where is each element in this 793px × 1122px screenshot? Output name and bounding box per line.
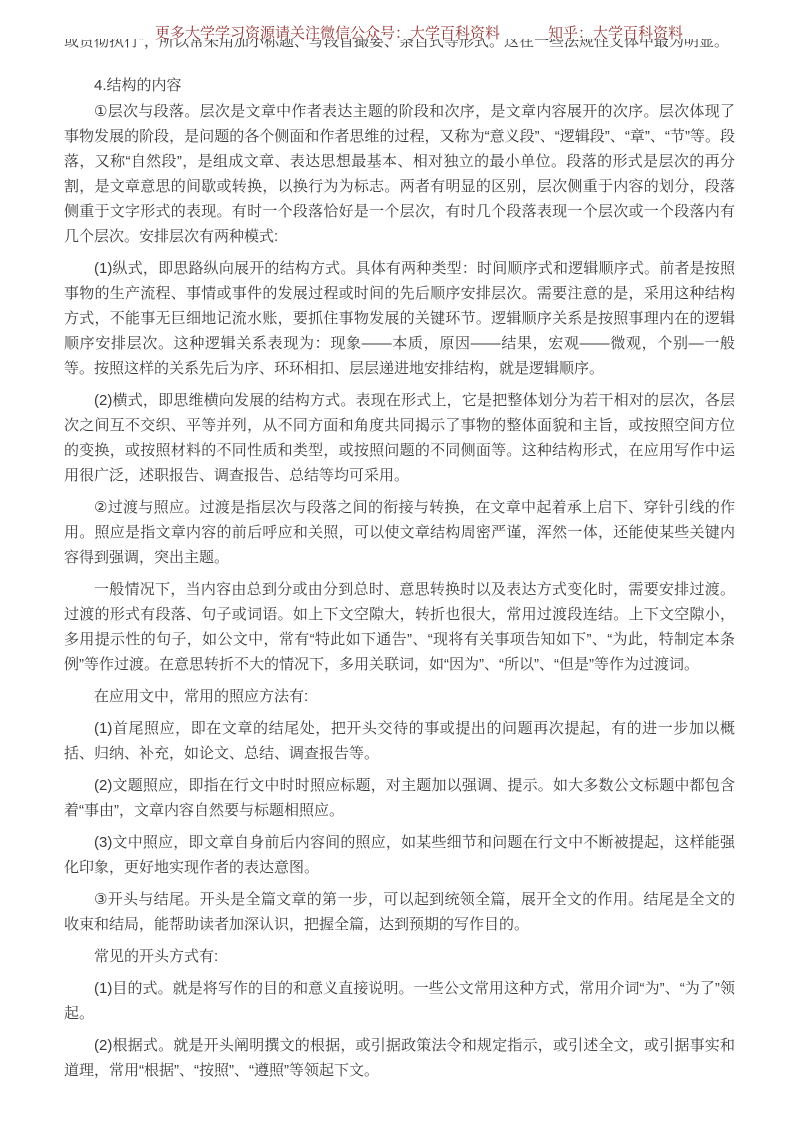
paragraph: (3)文中照应，即文章自身前后内容间的照应，如某些细节和问题在行文中不断被提起，… [64,830,735,880]
paragraph: (1)纵式，即思路纵向展开的结构方式。具体有两种类型：时间顺序式和逻辑顺序式。前… [64,256,735,381]
document-page: 更多大学学习资源请关注微信公众号：大学百科资料知乎：大学百科资料 或贯彻执行”，… [0,0,793,1122]
paragraph: (2)根据式。就是开头阐明撰文的根据，或引据政策法令和规定指示，或引述全文，或引… [64,1033,735,1083]
clipped-text-content: 或贯彻执行”，所以常采用加小标题、写段首撮要、条目式等形式。这在一些法规性文体中… [64,39,735,52]
section-heading: 4.结构的内容 [64,76,735,96]
paragraph: (2)横式，即思维横向发展的结构方式。表现在形式上，它是把整体划分为若干相对的层… [64,388,735,488]
paragraph: 常见的开头方式有: [64,944,735,969]
paragraph: ①层次与段落。层次是文章中作者表达主题的阶段和次序，是文章内容展开的次序。层次体… [64,99,735,249]
paragraph: ③开头与结尾。开头是全篇文章的第一步，可以起到统领全篇，展开全文的作用。结尾是全… [64,887,735,937]
paragraph: (2)文题照应，即指在行文中时时照应标题，对主题加以强调、提示。如大多数公文标题… [64,773,735,823]
paragraph: (1)首尾照应，即在文章的结尾处，把开头交待的事或提出的问题再次提起，有的进一步… [64,716,735,766]
paragraph: ②过渡与照应。过渡是指层次与段落之间的衔接与转换，在文章中起着承上启下、穿针引线… [64,495,735,570]
body-paragraphs: ①层次与段落。层次是文章中作者表达主题的阶段和次序，是文章内容展开的次序。层次体… [64,99,735,1090]
paragraph: (1)目的式。就是将写作的目的和意义直接说明。一些公文常用这种方式，常用介词“为… [64,976,735,1026]
clipped-text-line: 或贯彻执行”，所以常采用加小标题、写段首撮要、条目式等形式。这在一些法规性文体中… [64,39,735,54]
paragraph: 一般情况下，当内容由总到分或由分到总时、意思转换时以及表达方式变化时，需要安排过… [64,577,735,677]
paragraph: 在应用文中，常用的照应方法有: [64,684,735,709]
